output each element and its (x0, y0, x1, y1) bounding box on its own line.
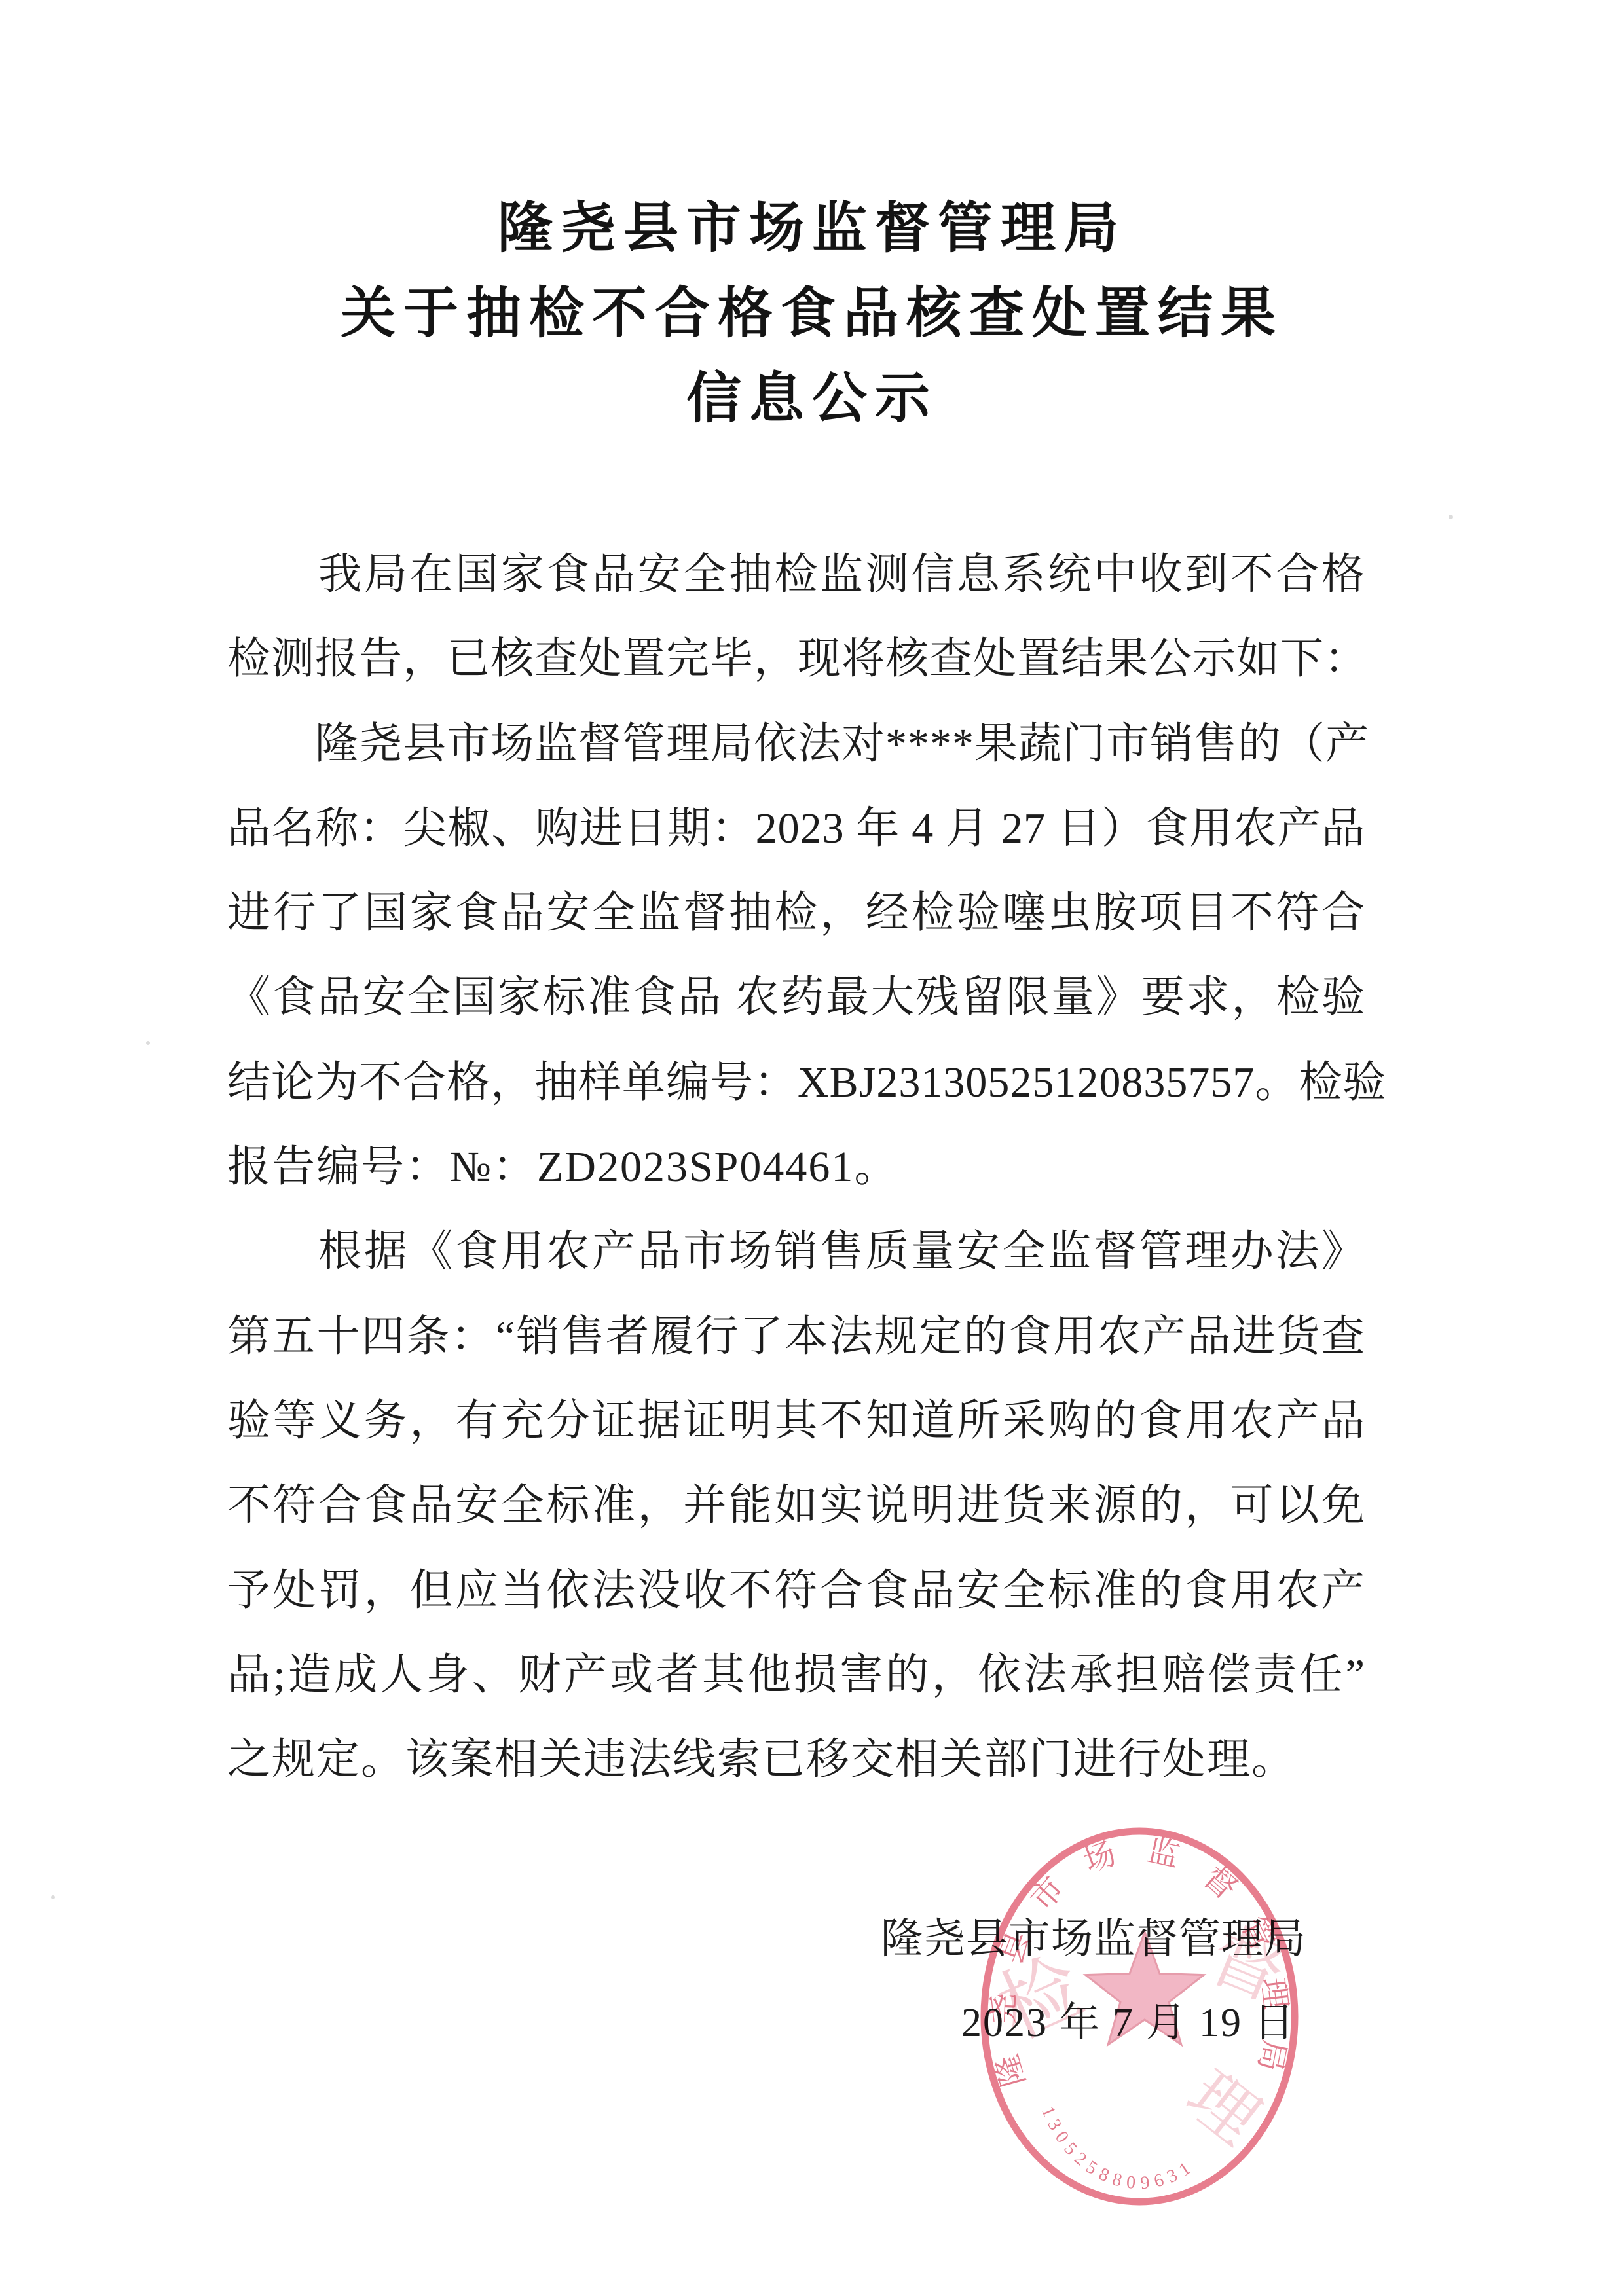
body-line: 隆尧县市场监督管理局依法对****果蔬门市销售的（产 (227, 702, 1365, 786)
body-line: 我局在国家食品安全抽检监测信息系统中收到不合格 (227, 532, 1365, 617)
body-line: 报告编号：№：ZD2023SP04461。 (227, 1125, 1365, 1209)
body-line: 根据《食用农产品市场销售质量安全监督管理办法》 (227, 1209, 1365, 1294)
body-line: 结论为不合格，抽样单编号：XBJ23130525120835757。检验 (227, 1040, 1365, 1125)
scan-speck (51, 1895, 55, 1899)
body-line: 品;造成人身、财产或者其他损害的，依法承担赔偿责任” (227, 1633, 1365, 1717)
scan-speck (1449, 515, 1453, 519)
document-page: 隆尧县市场监督管理局 关于抽检不合格食品核查处置结果 信息公示 我局在国家食品安… (0, 0, 1624, 2296)
document-body: 我局在国家食品安全抽检监测信息系统中收到不合格 检测报告，已核查处置完毕，现将核… (227, 532, 1365, 1802)
signature-date: 2023 年 7 月 19 日 (961, 2000, 1296, 2046)
document-title: 隆尧县市场监督管理局 关于抽检不合格食品核查处置结果 信息公示 (0, 187, 1624, 442)
title-line-3: 信息公示 (0, 357, 1624, 442)
title-line-1: 隆尧县市场监督管理局 (0, 187, 1624, 272)
scan-speck (741, 1248, 746, 1251)
body-line: 进行了国家食品安全监督抽检，经检验噻虫胺项目不符合 (227, 871, 1365, 955)
body-line: 予处罚，但应当依法没收不符合食品安全标准的食用农产 (227, 1548, 1365, 1633)
body-line: 品名称：尖椒、购进日期：2023 年 4 月 27 日）食用农产品 (227, 786, 1365, 871)
seal-ghost-glyph: 理 (1173, 2058, 1273, 2159)
body-line: 检测报告，已核查处置完毕，现将核查处置结果公示如下： (227, 617, 1365, 701)
seal-code-text: 1305258809631 (1037, 2104, 1199, 2194)
body-line: 第五十四条：“销售者履行了本法规定的食用农产品进货查 (227, 1294, 1365, 1379)
scan-speck (146, 1041, 150, 1045)
signature-org-name: 隆尧县市场监督管理局 (881, 1916, 1306, 1962)
body-line: 《食品安全国家标准食品 农药最大残留限量》要求，检验 (227, 955, 1365, 1040)
body-line: 不符合食品安全标准，并能如实说明进货来源的，可以免 (227, 1463, 1365, 1548)
title-line-2: 关于抽检不合格食品核查处置结果 (0, 272, 1624, 357)
body-line: 验等义务，有充分证据证明其不知道所采购的食用农产品 (227, 1379, 1365, 1463)
body-line: 之规定。该案相关违法线索已移交相关部门进行处理。 (227, 1717, 1365, 1802)
